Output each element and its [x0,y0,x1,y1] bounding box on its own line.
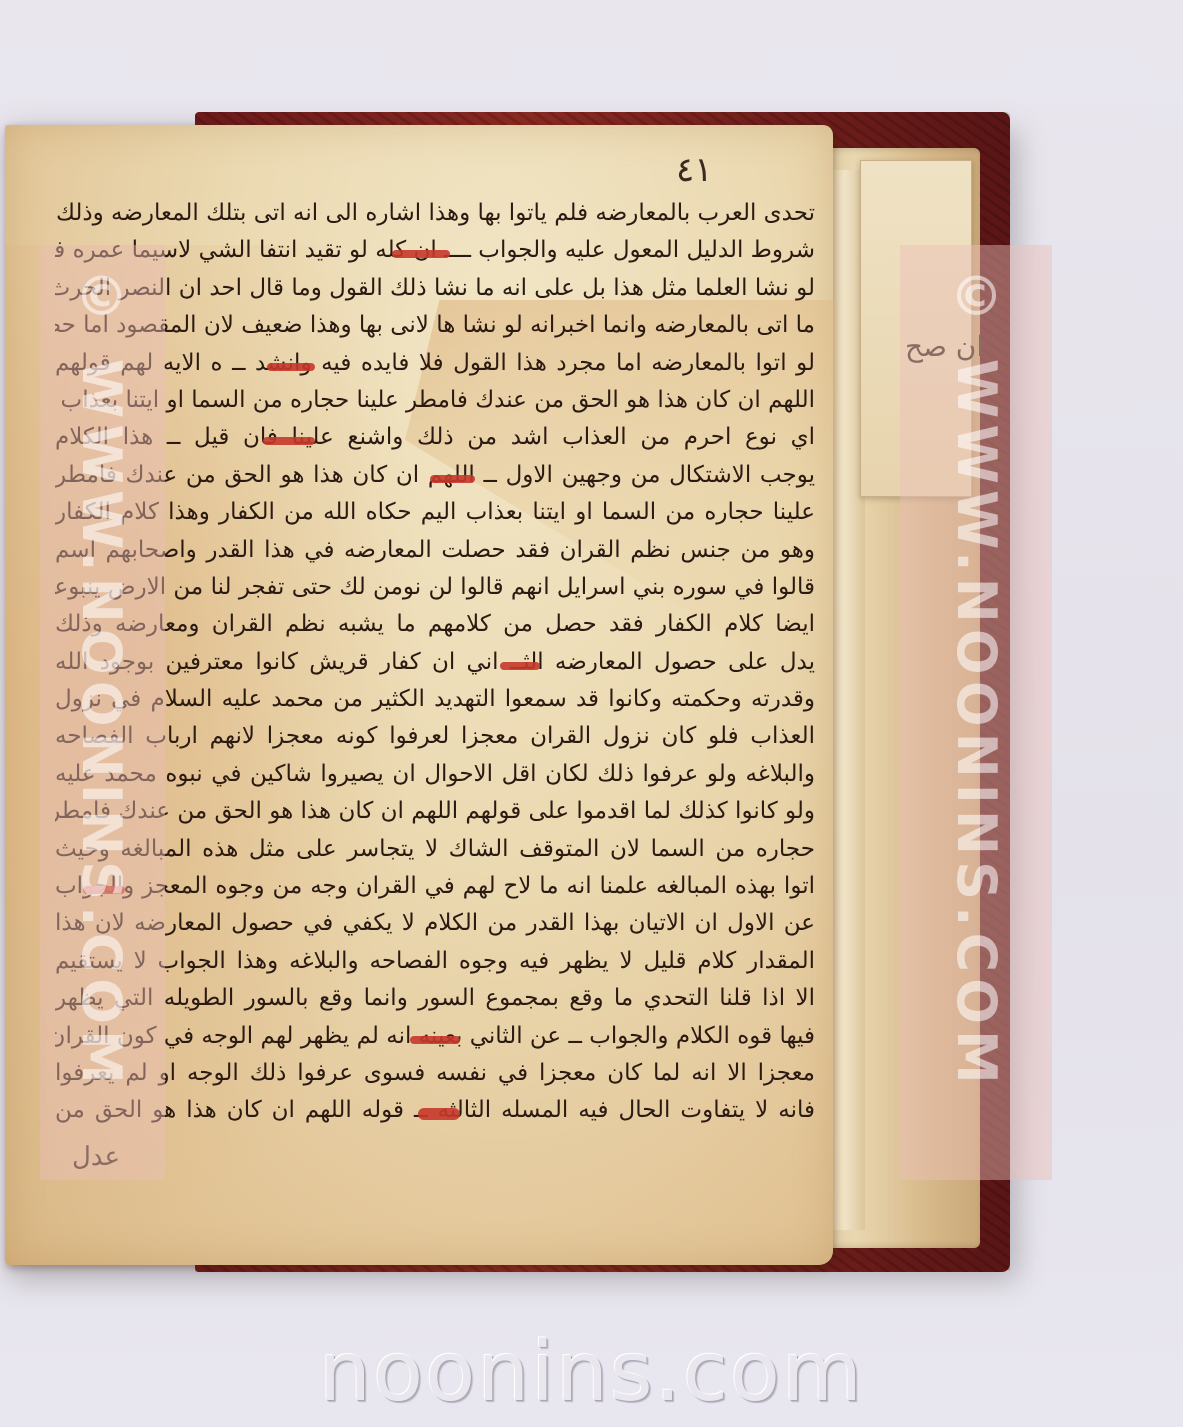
rubric-mark [392,250,450,258]
text-line: اللهم ان كان هذا هو الحق من عندك فامطر ع… [55,382,815,419]
text-line: اي نوع احرم من العذاب اشد من ذلك واشنع ع… [55,419,815,456]
text-line: والبلاغه ولو عرفوا ذلك لكان اقل الاحوال … [55,756,815,793]
rubric-mark [263,437,315,445]
text-line: اتوا بهذه المبالغه علمنا انه ما لاح لهم … [55,868,815,905]
text-line: تحدى العرب بالمعارضه فلم ياتوا بها وهذا … [55,195,815,232]
text-line: معجزا الا انه لما كان معجزا في نفسه فسوى… [55,1055,815,1092]
rubric-mark [410,1036,460,1044]
watermark-strip-right: © WWW.NOONINS.COM [900,245,1052,1180]
text-line: ايضا كلام الكفار فقد حصل من كلامهم ما يش… [55,606,815,643]
manuscript-text: تحدى العرب بالمعارضه فلم ياتوا بها وهذا … [55,195,815,1130]
text-line: ولو كانوا كذلك لما اقدموا على قولهم الله… [55,793,815,830]
text-line: لو نشا العلما مثل هذا بل على انه ما نشا … [55,270,815,307]
text-line: فيها قوه الكلام والجواب ــ عن الثاني بعي… [55,1018,815,1055]
text-line: المقدار كلام قليل لا يظهر فيه وجوه الفصا… [55,943,815,980]
page-number: ٤١ [676,150,713,190]
text-line: عن الاول ان الاتيان بهذا القدر من الكلام… [55,905,815,942]
text-line: فانه لا يتفاوت الحال فيه المسله الثالثه … [55,1092,815,1129]
rubric-mark [418,1108,460,1120]
site-watermark: noonins.com [0,1325,1183,1420]
text-line: وقدرته وحكمته وكانوا قد سمعوا التهديد ال… [55,681,815,718]
text-line: لو اتوا بالمعارضه اما مجرد هذا القول فلا… [55,345,815,382]
rubric-mark [500,662,540,670]
rubric-mark [267,363,315,371]
text-line: قالوا في سوره بني اسرايل انهم قالوا لن ن… [55,569,815,606]
watermark-strip-left: © WWW.NOONINS.COM [40,245,165,1180]
watermark-text: © WWW.NOONINS.COM [945,265,1008,1090]
text-line: يدل على حصول المعارضه الثــ اني ان كفار … [55,644,815,681]
text-line: شروط الدليل المعول عليه والجواب ــــ ان … [55,232,815,269]
text-line: ما اتى بالمعارضه وانما اخبرانه لو نشا ها… [55,307,815,344]
text-line: وهو من جنس نظم القران فقد حصلت المعارضه … [55,532,815,569]
watermark-text: © WWW.NOONINS.COM [70,265,133,1090]
rubric-mark [430,475,475,483]
text-line: الا اذا قلنا التحدي ما وقع بمجموع السور … [55,980,815,1017]
text-line: يوجب الاشتكال من وجهين الاول ــ اللهم ان… [55,457,815,494]
text-line: علينا حجاره من السما او ايتنا بعذاب اليم… [55,494,815,531]
text-line: حجاره من السما لان المتوقف الشاك لا يتجا… [55,831,815,868]
text-line: العذاب فلو كان نزول القران معجزا لعرفوا … [55,718,815,755]
